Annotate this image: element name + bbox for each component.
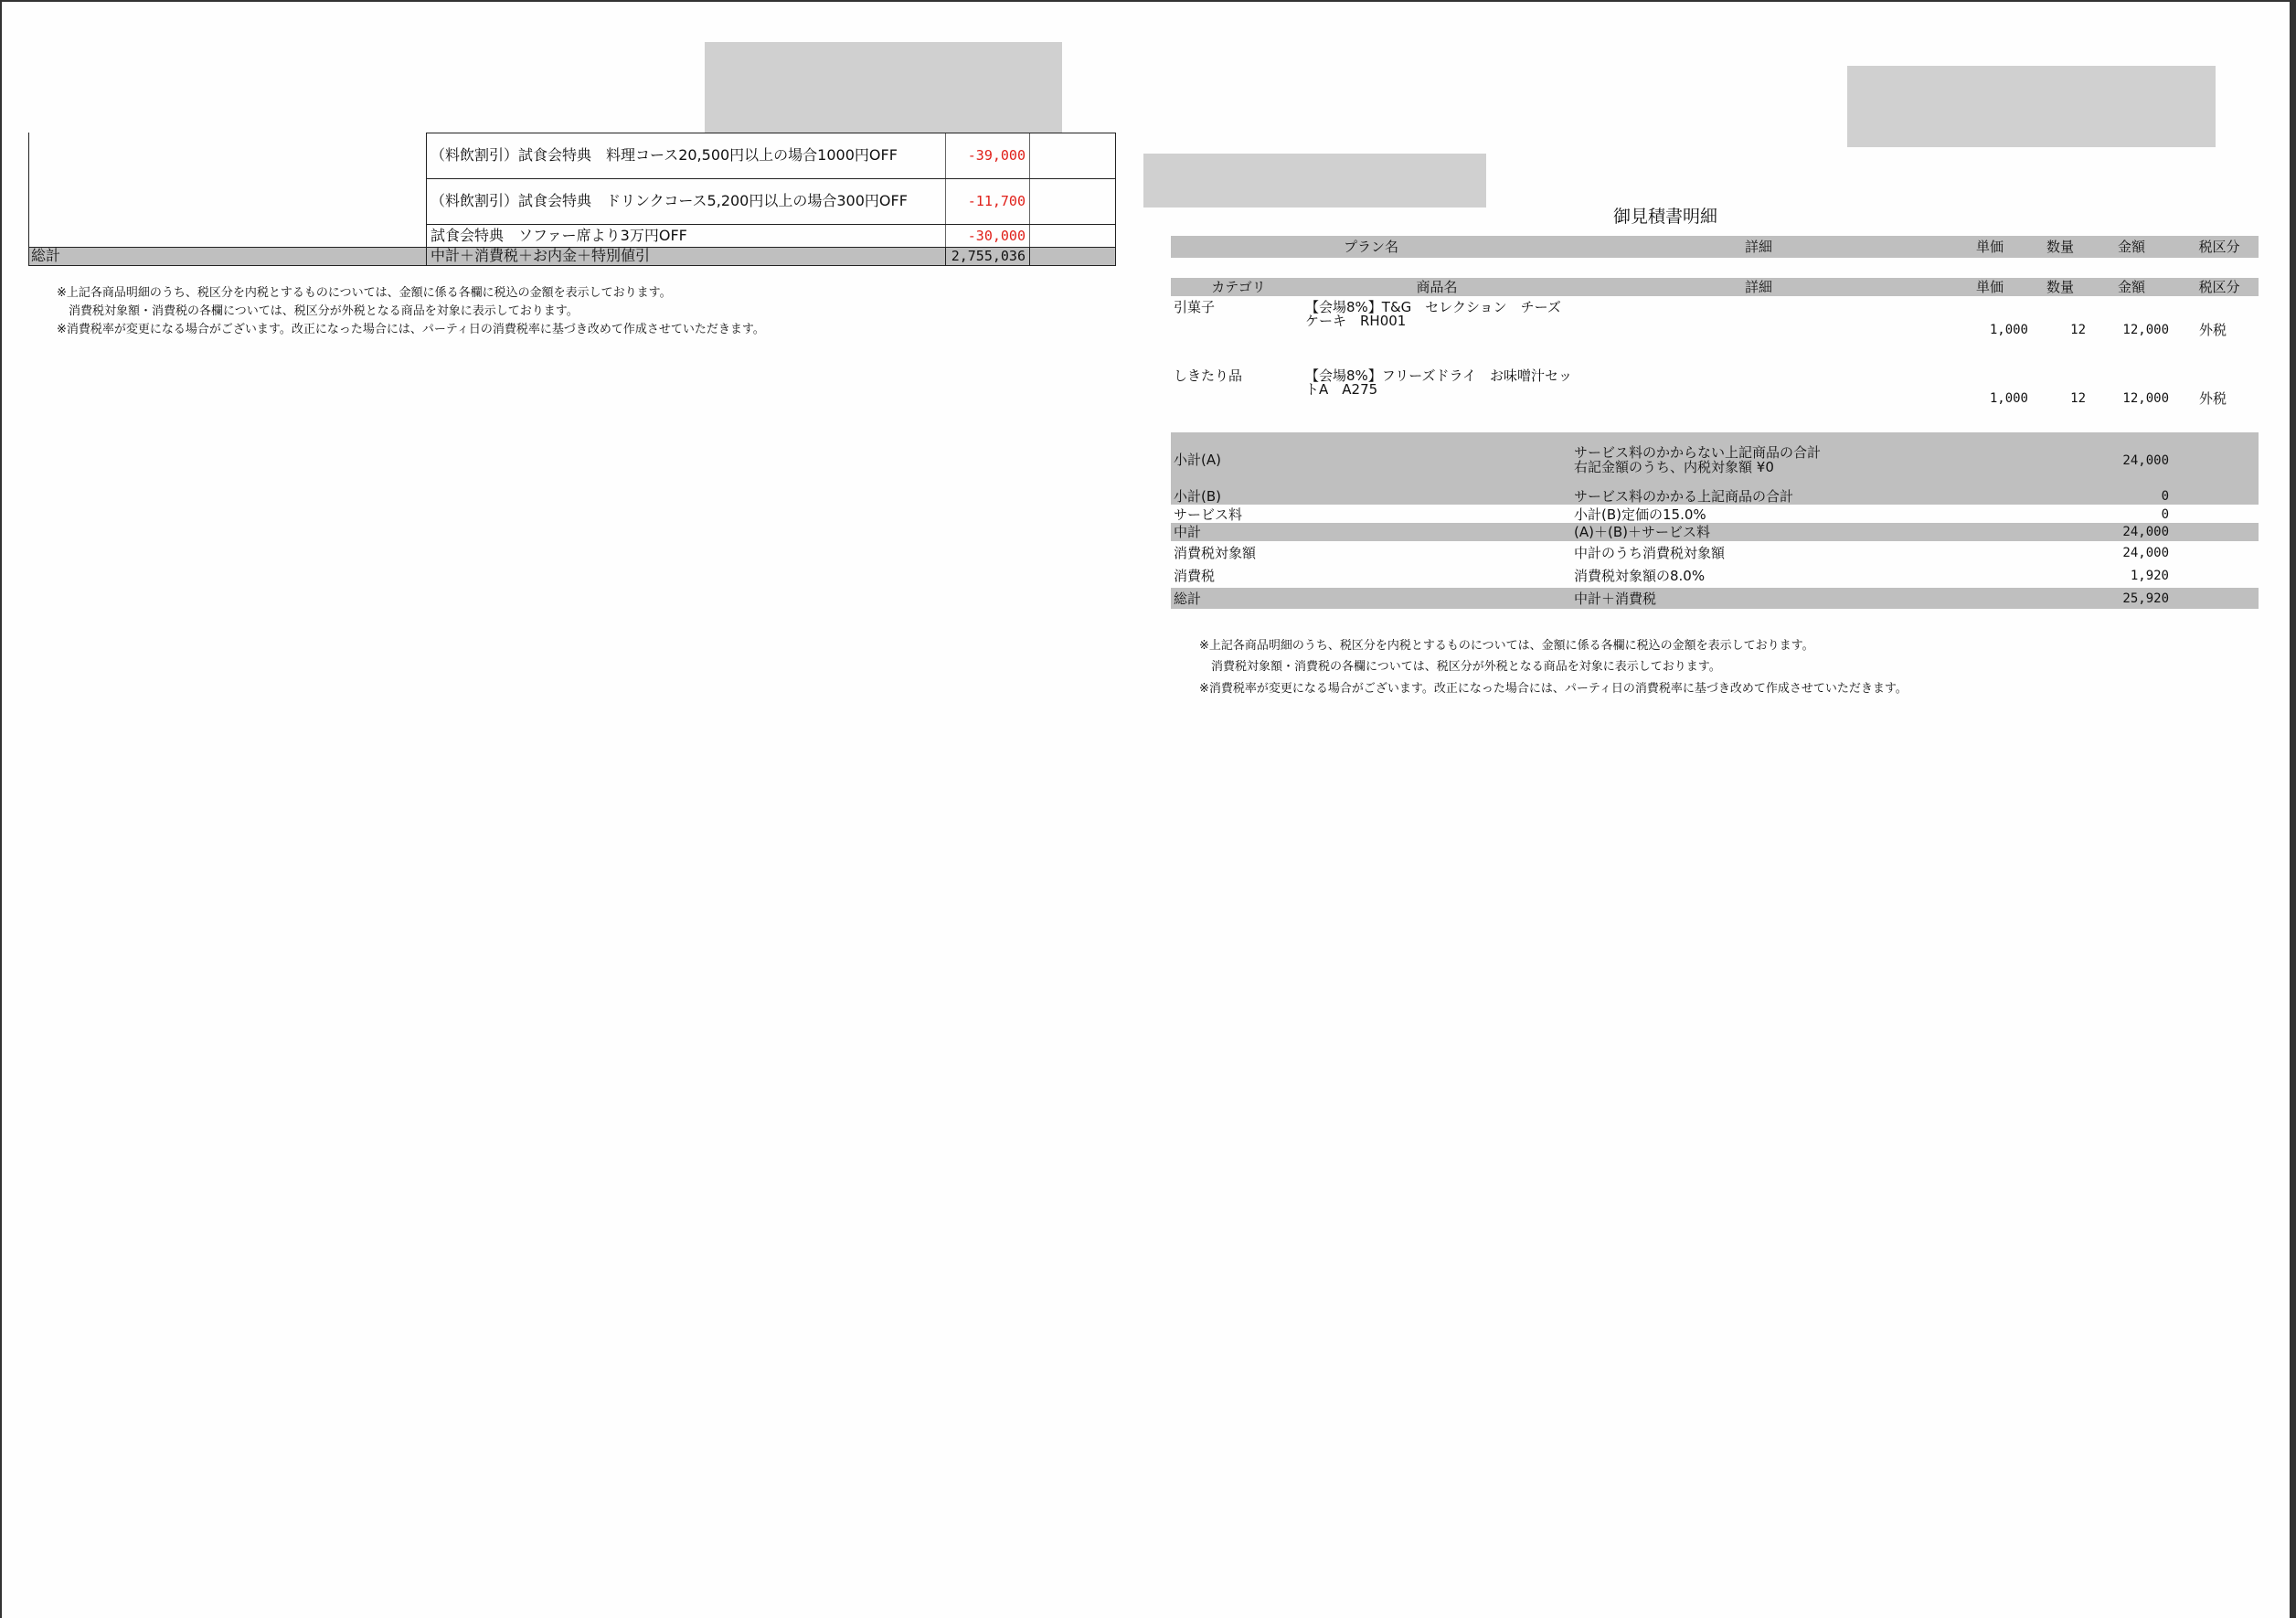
note-line: ※上記各商品明細のうち、税区分を内税とするものについては、金額に係る各欄に税込の… xyxy=(57,286,672,301)
table-border xyxy=(28,265,1116,266)
summary-amount: 1,920 xyxy=(2078,569,2169,583)
item-amount: 12,000 xyxy=(2078,391,2169,406)
header-detail: 詳細 xyxy=(1713,239,1804,255)
redacted-block xyxy=(705,42,1062,133)
discount-amount: -39,000 xyxy=(943,147,1026,164)
header-tax-class: 税区分 xyxy=(2178,279,2260,295)
note-line: ※消費税率が変更になる場合がございます。改正になった場合には、パーティ日の消費税… xyxy=(57,323,765,337)
note-line: ※上記各商品明細のうち、税区分を内税とするものについては、金額に係る各欄に税込の… xyxy=(1199,639,1814,654)
summary-amount: 0 xyxy=(2078,507,2169,522)
summary-label: 中計 xyxy=(1174,525,1201,539)
summary-detail: サービス料のかかる上記商品の合計 xyxy=(1574,489,1793,504)
summary-amount: 24,000 xyxy=(2078,546,2169,560)
note-line: 消費税対象額・消費税の各欄については、税区分が外税となる商品を対象に表示しており… xyxy=(57,304,579,319)
summary-label: 小計(B) xyxy=(1174,489,1221,504)
note-line: ※消費税率が変更になる場合がございます。改正になった場合には、パーティ日の消費税… xyxy=(1199,682,1908,697)
note-line: 消費税対象額・消費税の各欄については、税区分が外税となる商品を対象に表示しており… xyxy=(1199,660,1721,675)
discount-detail: （料飲割引）試食会特典 料理コース20,500円以上の場合1000円OFF xyxy=(430,147,898,164)
viewer-frame-right xyxy=(2290,0,2296,1618)
header-detail: 詳細 xyxy=(1713,279,1804,295)
header-tax-class: 税区分 xyxy=(2178,239,2260,255)
summary-detail: サービス料のかからない上記商品の合計 xyxy=(1574,445,1821,460)
discount-detail: （料飲割引）試食会特典 ドリンクコース5,200円以上の場合300円OFF xyxy=(430,193,908,209)
header-quantity: 数量 xyxy=(2024,239,2097,255)
table-border xyxy=(28,247,29,266)
summary-detail: 中計＋消費税 xyxy=(1574,591,1656,606)
header-amount: 金額 xyxy=(2095,239,2168,255)
header-quantity: 数量 xyxy=(2024,279,2097,295)
viewer-frame-top xyxy=(0,0,2296,2)
table-border xyxy=(426,178,1116,179)
item-name-line2: トA A275 xyxy=(1305,382,1377,397)
summary-detail: 中計のうち消費税対象額 xyxy=(1574,546,1725,560)
header-amount: 金額 xyxy=(2095,279,2168,295)
page-title: 御見積書明細 xyxy=(1613,203,1717,228)
table-border xyxy=(1115,247,1116,266)
table-border xyxy=(426,133,1116,133)
summary-detail: 消費税対象額の8.0% xyxy=(1574,569,1705,583)
summary-amount: 24,000 xyxy=(2078,525,2169,539)
summary-amount: 24,000 xyxy=(2078,453,2169,468)
item-amount: 12,000 xyxy=(2078,323,2169,337)
total-amount: 2,755,036 xyxy=(943,248,1026,264)
item-name-line2: ケーキ RH001 xyxy=(1305,314,1406,328)
discount-detail: 試食会特典 ソファー席より3万円OFF xyxy=(430,228,687,244)
table-border xyxy=(426,224,1116,225)
header-unit-price: 単価 xyxy=(1953,279,2026,295)
viewer-frame-left xyxy=(0,0,2,1618)
header-plan-name: プラン名 xyxy=(1280,239,1462,255)
total-detail: 中計＋消費税＋お内金＋特別値引 xyxy=(430,248,650,264)
item-tax-class: 外税 xyxy=(2199,391,2227,406)
summary-amount: 25,920 xyxy=(2078,591,2169,606)
summary-label: 総計 xyxy=(1174,591,1201,606)
item-quantity: 12 xyxy=(1994,323,2086,337)
summary-detail: (A)＋(B)＋サービス料 xyxy=(1574,525,1710,539)
total-label: 総計 xyxy=(31,248,60,264)
item-tax-class: 外税 xyxy=(2199,323,2227,337)
discount-amount: -30,000 xyxy=(943,228,1026,244)
summary-label: 消費税 xyxy=(1174,569,1215,583)
table-border xyxy=(1029,247,1030,266)
summary-label: 小計(A) xyxy=(1174,452,1221,467)
table-border xyxy=(426,247,427,266)
item-quantity: 12 xyxy=(1994,391,2086,406)
redacted-block xyxy=(1143,154,1486,208)
summary-amount: 0 xyxy=(2078,489,2169,504)
summary-label: 消費税対象額 xyxy=(1174,546,1256,560)
discount-amount: -11,700 xyxy=(943,193,1026,209)
header-product-name: 商品名 xyxy=(1391,279,1483,295)
summary-label: サービス料 xyxy=(1174,507,1242,522)
item-category: 引菓子 xyxy=(1174,300,1215,314)
redacted-block xyxy=(1847,66,2216,147)
summary-detail: 右記金額のうち、内税対象額 ¥0 xyxy=(1574,460,1774,474)
summary-detail: 小計(B)定価の15.0% xyxy=(1574,507,1706,522)
header-category: カテゴリ xyxy=(1188,279,1289,295)
header-unit-price: 単価 xyxy=(1953,239,2026,255)
item-category: しきたり品 xyxy=(1174,368,1242,383)
